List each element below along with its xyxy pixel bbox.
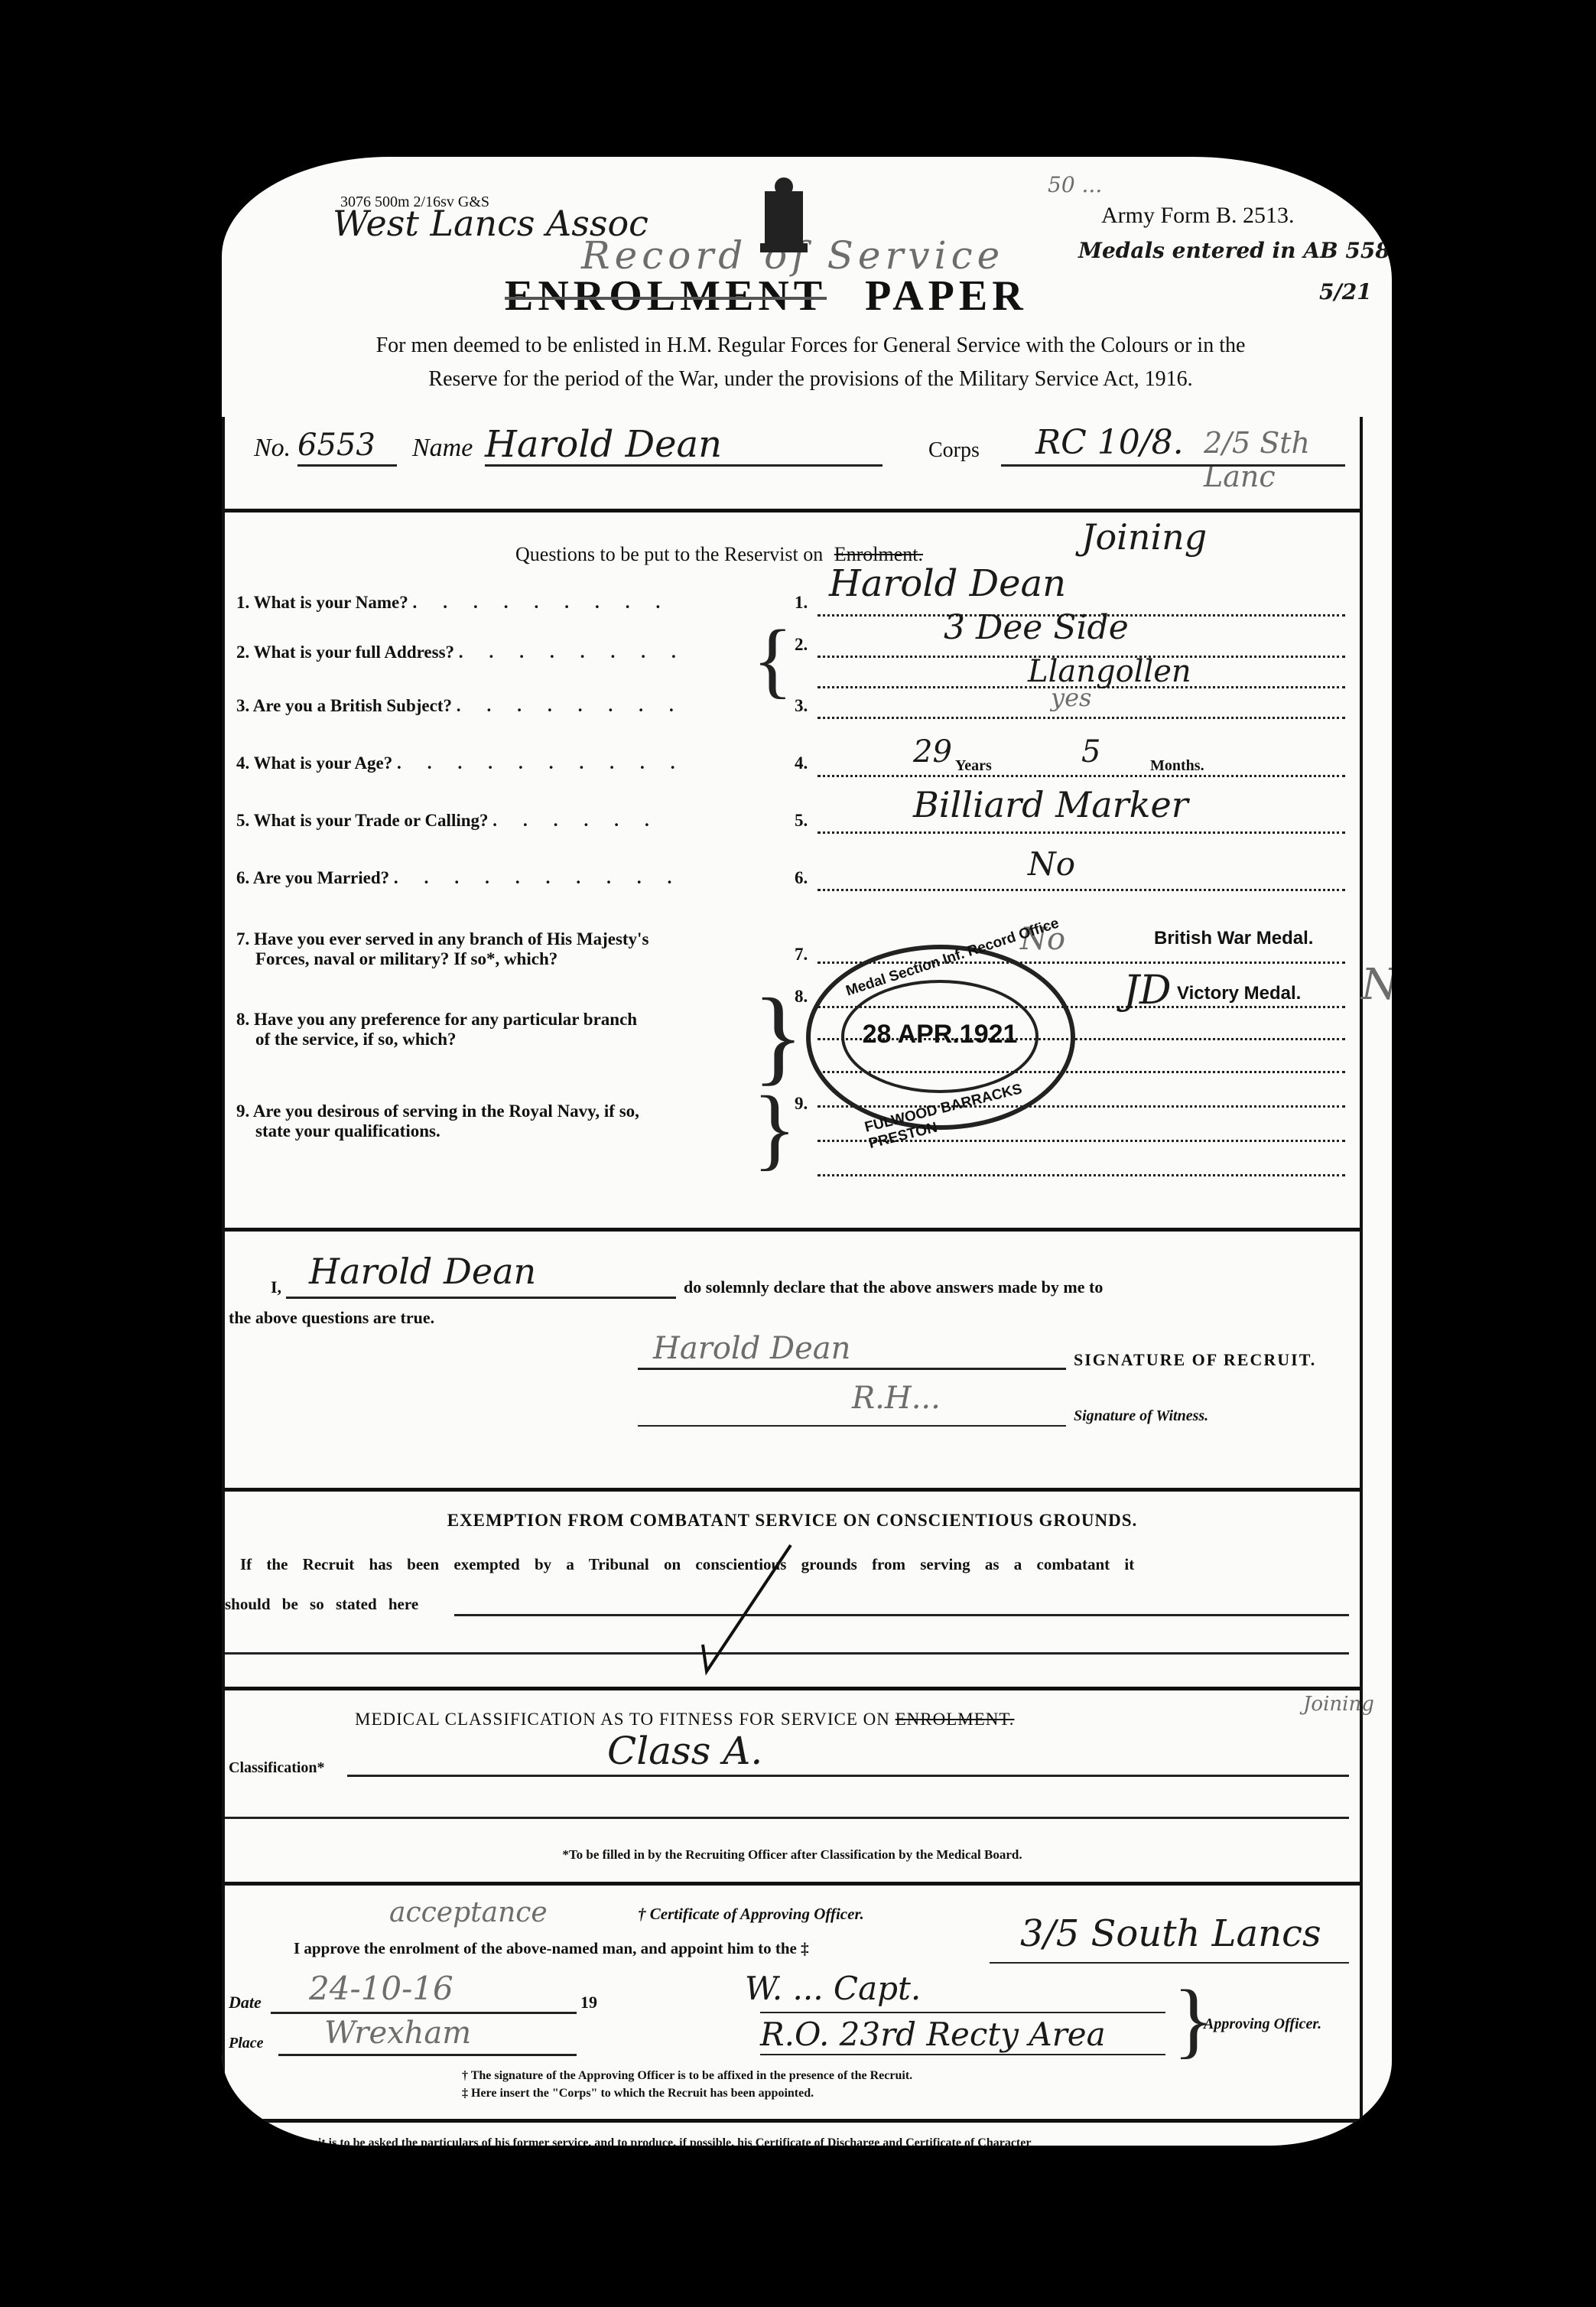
answer-number-7: 7. — [795, 945, 808, 965]
form-subtitle: For men deemed to be enlisted in H.M. Re… — [252, 329, 1369, 396]
question-4: 4. What is your Age? .......... — [236, 753, 701, 773]
question-9: 9. Are you desirous of serving in the Ro… — [236, 1101, 639, 1141]
officer-title: R.O. 23rd Recty Area — [760, 2016, 1106, 2053]
recruit-signature: Harold Dean — [653, 1331, 850, 1366]
answer-number-4: 4. — [795, 753, 808, 773]
date-suffix: 19 — [580, 1993, 597, 2013]
answer-5: Billiard Marker — [913, 784, 1188, 825]
answer-4-years: 29 — [913, 734, 952, 770]
certificate-footnote-1: † The signature of the Approving Officer… — [462, 2069, 912, 2083]
corps-label: Corps — [928, 438, 980, 463]
divider — [225, 509, 1360, 512]
classification-value: Class A. — [607, 1729, 762, 1773]
checkmark-icon — [661, 1541, 798, 1679]
title-struck: ENROLMENT — [505, 272, 827, 320]
approving-officer-label: Approving Officer. — [1204, 2016, 1321, 2033]
divider — [225, 2119, 1360, 2123]
medical-joining: Joining — [1303, 1693, 1374, 1716]
form-title: ENROLMENT PAPER — [505, 272, 1028, 321]
title-main: PAPER — [865, 272, 1028, 320]
date-value: 24-10-16 — [309, 1970, 453, 2007]
declaration-text-2: the above questions are true. — [229, 1308, 434, 1328]
declaration-text: do solemnly declare that the above answe… — [684, 1277, 1103, 1297]
record-office-stamp: Medal Section Inf. Record Office 28 APR.… — [806, 945, 1075, 1130]
exemption-heading: EXEMPTION FROM COMBATANT SERVICE ON CONS… — [225, 1511, 1360, 1531]
divider — [225, 1488, 1360, 1492]
corps-value: RC 10/8. — [1035, 423, 1184, 462]
answer-number-8: 8. — [795, 987, 808, 1007]
appointed-corps: 3/5 South Lancs — [1020, 1912, 1321, 1955]
answer-6: No — [1028, 845, 1075, 883]
officer-signature: W. ... Capt. — [745, 1970, 921, 2007]
answer-number-5: 5. — [795, 811, 808, 831]
name-value: Harold Dean — [485, 423, 722, 466]
answer-2-line1: 3 Dee Side — [944, 608, 1129, 647]
stamp-date: 28 APR.1921 — [844, 1020, 1035, 1049]
medal-initials: JD — [1123, 968, 1172, 1014]
margin-note: No — [1361, 960, 1392, 1010]
enrolment-paper: 3076 500m 2/16sv G&S West Lancs Assoc Re… — [222, 157, 1392, 2146]
corps-value-faint: 2/5 Sth Lanc — [1204, 426, 1360, 493]
footer-text-1: * If so, the Recruit is to be asked the … — [229, 2136, 1353, 2146]
years-label: Years — [955, 757, 992, 775]
answer-number-9: 9. — [795, 1094, 808, 1114]
divider — [225, 1687, 1360, 1690]
question-8: 8. Have you any preference for any parti… — [236, 1010, 637, 1049]
recruit-signature-label: SIGNATURE OF RECRUIT. — [1074, 1350, 1316, 1370]
service-number: 6553 — [297, 428, 375, 463]
medical-footnote: *To be filled in by the Recruiting Offic… — [225, 1847, 1360, 1863]
answer-1: Harold Dean — [829, 562, 1066, 605]
date-label: Date — [229, 1993, 262, 2013]
question-1: 1. What is your Name? ......... — [236, 593, 686, 613]
form-frame: No. 6553 Name Harold Dean Corps RC 10/8.… — [222, 417, 1363, 2146]
declaration-prefix: I, — [271, 1277, 281, 1297]
certificate-heading: † Certificate of Approving Officer. — [638, 1905, 864, 1924]
certificate-footnote-2: ‡ Here insert the "Corps" to which the R… — [462, 2087, 814, 2100]
no-label: No. — [254, 434, 291, 463]
classification-label: Classification* — [229, 1759, 325, 1777]
place-label: Place — [229, 2035, 264, 2052]
answer-3: yes — [1051, 683, 1091, 712]
answer-number-3: 3. — [795, 696, 808, 716]
question-6: 6. Are you Married? .......... — [236, 868, 697, 888]
name-label: Name — [412, 434, 473, 463]
witness-label: Signature of Witness. — [1074, 1407, 1208, 1425]
place-value: Wrexham — [324, 2016, 471, 2051]
brace: { — [752, 617, 793, 701]
annotation-initials: 5/21 — [1319, 279, 1372, 304]
exemption-field — [454, 1614, 1349, 1616]
subtitle-line-1: For men deemed to be enlisted in H.M. Re… — [252, 329, 1369, 363]
acceptance-annotation: acceptance — [389, 1897, 548, 1928]
medical-heading: MEDICAL CLASSIFICATION AS TO FITNESS FOR… — [355, 1710, 1014, 1729]
annotation-medals-entered: Medals entered in AB 558 — [1078, 238, 1390, 263]
brace: } — [752, 1082, 797, 1174]
royal-crest-icon — [757, 176, 811, 256]
answer-number-1: 1. — [795, 593, 808, 613]
approve-text: I approve the enrolment of the above-nam… — [294, 1939, 809, 1958]
witness-signature: R.H... — [852, 1381, 941, 1416]
exemption-text-2: should be so stated here — [225, 1595, 418, 1614]
divider — [225, 1228, 1360, 1232]
declaration-name: Harold Dean — [309, 1251, 536, 1292]
victory-medal: Victory Medal. — [1177, 983, 1301, 1004]
annotation-faint-top: 50 ... — [1048, 172, 1102, 197]
question-5: 5. What is your Trade or Calling? ...... — [236, 811, 675, 831]
heading-joining: Joining — [1081, 516, 1207, 558]
divider — [225, 1882, 1360, 1886]
british-war-medal: British War Medal. — [1154, 928, 1313, 949]
subtitle-line-2: Reserve for the period of the War, under… — [252, 363, 1369, 396]
months-label: Months. — [1150, 757, 1204, 775]
question-3: 3. Are you a British Subject? ........ — [236, 696, 700, 716]
army-form-number: Army Form B. 2513. — [1101, 203, 1295, 229]
answer-4-months: 5 — [1081, 734, 1100, 770]
question-7: 7. Have you ever served in any branch of… — [236, 929, 648, 969]
answer-number-6: 6. — [795, 868, 808, 888]
question-2: 2. What is your full Address? ........ — [236, 643, 702, 662]
answer-number-2: 2. — [795, 635, 808, 655]
exemption-text: If the Recruit has been exempted by a Tr… — [240, 1555, 1357, 1574]
